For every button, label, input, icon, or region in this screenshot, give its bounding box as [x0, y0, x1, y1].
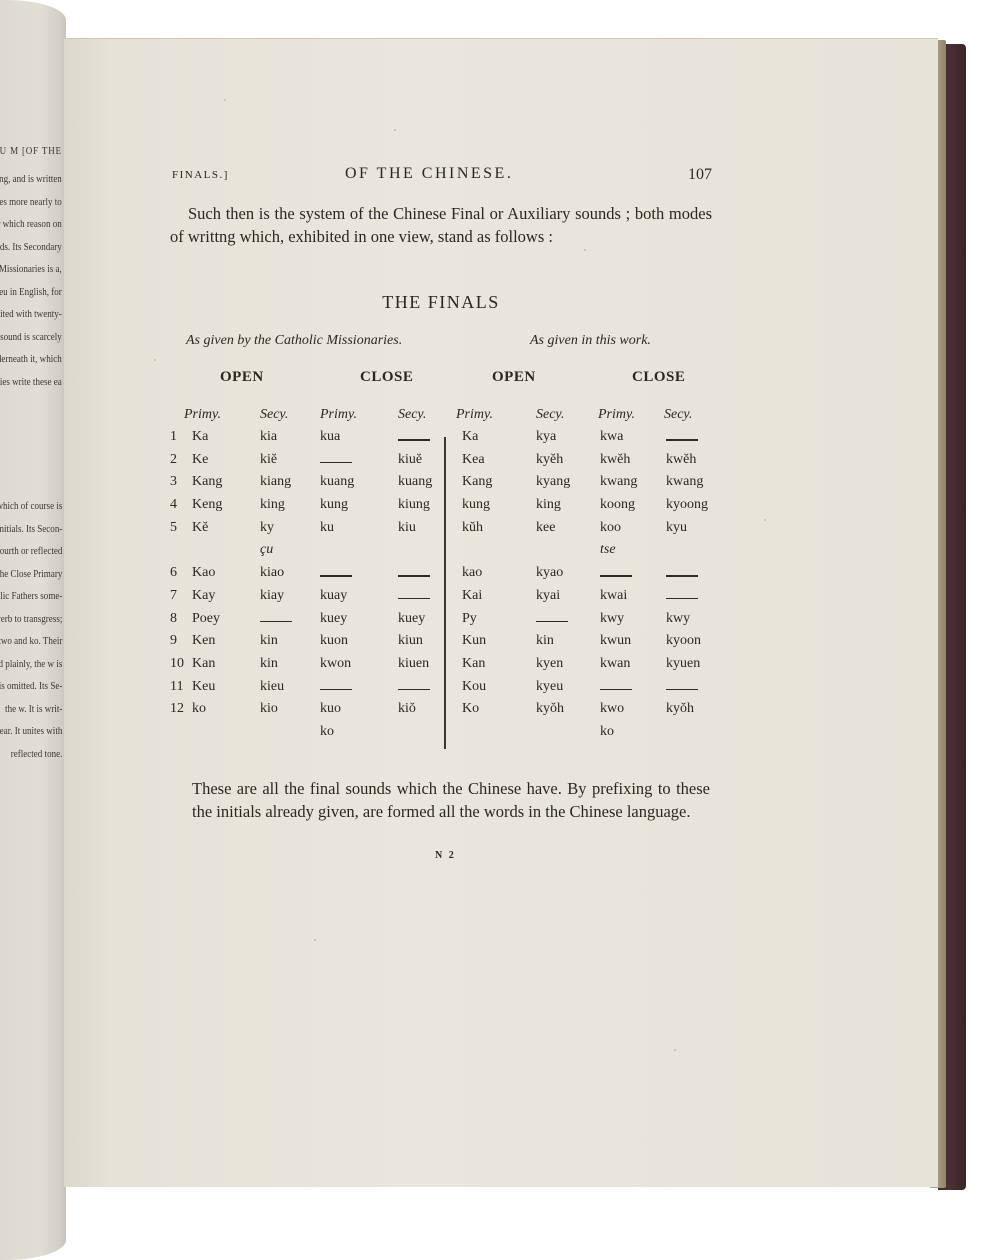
left-page-line: The Close Primary	[0, 563, 62, 586]
empty-dash	[600, 679, 632, 695]
table-cell: tse	[600, 542, 616, 558]
left-page-running-head: U M [OF THE	[0, 140, 62, 163]
left-page-line: ng, and is written	[0, 168, 62, 191]
left-page-line: is omitted. Its Se-	[0, 675, 62, 698]
table-cell: Keng	[192, 497, 222, 513]
dash-rule	[398, 439, 430, 441]
dash-rule	[666, 598, 698, 600]
table-cell: Kay	[192, 588, 215, 604]
dash-rule	[666, 689, 698, 691]
table-cell: kin	[260, 656, 278, 672]
left-page-line: underneath it, which	[0, 348, 62, 371]
table-row: 5Kĕkykukiukŭhkeekookyu	[170, 518, 712, 541]
running-head: FINALS.] OF THE CHINESE. 107	[170, 160, 712, 190]
table-row: 6Kaokiaokaokyao	[170, 563, 712, 586]
dash-rule	[398, 598, 430, 600]
table-row: 3KangkiangkuangkuangKangkyangkwangkwang	[170, 472, 712, 495]
table-cell: Ka	[192, 429, 208, 445]
table-cell: kyoon	[666, 633, 701, 649]
table-cell: kwĕh	[600, 452, 630, 468]
table-cell: kwon	[320, 656, 351, 672]
table-cell: kuon	[320, 633, 348, 649]
table-cell: kao	[462, 565, 482, 581]
table-cell: kwa	[600, 429, 623, 445]
left-page-curled: U M [OF THE ng, and is writtenhes more n…	[0, 0, 66, 1260]
table-cell: kiay	[260, 588, 284, 604]
left-page-line: hes more nearly to	[0, 191, 62, 214]
left-page-line: united with twenty-	[0, 303, 62, 326]
table-cell: kyĕh	[536, 452, 563, 468]
table-cell: kwang	[666, 474, 703, 490]
table-cell: kyŏh	[536, 701, 564, 717]
table-cell: kyao	[536, 565, 563, 581]
column-subheader: Primy.	[320, 407, 357, 423]
table-cell: koo	[600, 520, 621, 536]
running-head-section: FINALS.]	[172, 169, 229, 181]
empty-dash	[320, 452, 352, 468]
left-page-line: fear. It unites with	[0, 720, 62, 743]
dash-rule	[320, 575, 352, 577]
table-cell: ky	[260, 520, 274, 536]
table-cell: Kun	[462, 633, 486, 649]
table-cell: kŭh	[462, 520, 483, 536]
table-subheader-row: Primy.Secy.Primy.Secy.Primy.Secy.Primy.S…	[170, 405, 712, 427]
table-cell: Poey	[192, 611, 220, 627]
table-cell: kwo	[600, 701, 624, 717]
table-cell: kiuĕ	[398, 452, 422, 468]
table-cell: ko	[192, 701, 206, 717]
left-page-line: Initials. Its Secon-	[0, 518, 62, 541]
table-cell: kyen	[536, 656, 563, 672]
group-open-missionaries: OPEN	[220, 369, 264, 386]
table-cell: kwai	[600, 588, 627, 604]
row-number: 5	[170, 520, 177, 536]
finals-table: Primy.Secy.Primy.Secy.Primy.Secy.Primy.S…	[170, 405, 712, 745]
left-page-line: naries write these ea	[0, 371, 62, 394]
left-page-line: nds. Its Secondary	[0, 236, 62, 259]
left-page-line: reflected tone.	[0, 743, 62, 766]
table-cell: Ko	[462, 701, 479, 717]
empty-dash	[398, 588, 430, 604]
dash-rule	[398, 689, 430, 691]
table-cell: Kan	[192, 656, 215, 672]
empty-dash	[666, 588, 698, 604]
table-title: THE FINALS	[170, 292, 712, 313]
table-cell: Kan	[462, 656, 485, 672]
table-vertical-divider	[444, 437, 446, 749]
table-row: 8PoeykueykueyPykwykwy	[170, 609, 712, 632]
table-cell: kyang	[536, 474, 570, 490]
table-cell: kieu	[260, 679, 284, 695]
table-row: koko	[170, 722, 712, 745]
dash-rule	[320, 462, 352, 464]
table-cell: kwĕh	[666, 452, 696, 468]
column-subheader: Secy.	[536, 407, 564, 423]
left-page-text-bottom: o, which of course isInitials. Its Secon…	[0, 495, 62, 765]
dash-rule	[666, 575, 698, 577]
dash-rule	[260, 621, 292, 623]
row-number: 4	[170, 497, 177, 513]
table-row: 7KaykiaykuayKaikyaikwai	[170, 586, 712, 609]
table-cell: kwy	[600, 611, 624, 627]
table-cell: kyŏh	[666, 701, 694, 717]
table-cell: kuo	[320, 701, 341, 717]
source-this-work: As given in this work.	[530, 333, 651, 349]
table-cell: Kao	[192, 565, 215, 581]
left-page-line: fourth or reflected	[0, 540, 62, 563]
column-subheader: Primy.	[184, 407, 221, 423]
table-cell: kung	[462, 497, 490, 513]
table-cell: kin	[260, 633, 278, 649]
table-row: 4Kengkingkungkiungkungkingkoongkyoong	[170, 495, 712, 518]
table-cell: kyuen	[666, 656, 700, 672]
table-cell: Ken	[192, 633, 215, 649]
table-cell: kyeu	[536, 679, 563, 695]
table-cell: Ke	[192, 452, 208, 468]
table-cell: Keu	[192, 679, 215, 695]
table-cell: koong	[600, 497, 635, 513]
row-number: 10	[170, 656, 184, 672]
table-row: 9KenkinkuonkiunKunkinkwunkyoon	[170, 631, 712, 654]
table-cell: ko	[320, 724, 334, 740]
left-page-line: kwo and ko. Their	[0, 630, 62, 653]
empty-dash	[600, 565, 632, 581]
page-number: 107	[688, 166, 712, 184]
table-cell: kiun	[398, 633, 423, 649]
source-catholic-missionaries: As given by the Catholic Missionaries.	[186, 333, 402, 349]
table-cell: Kang	[462, 474, 492, 490]
left-page-line: olic Fathers some-	[0, 585, 62, 608]
table-cell: kuang	[398, 474, 432, 490]
table-cell: king	[536, 497, 561, 513]
left-page-line: verb to transgress;	[0, 608, 62, 631]
empty-dash	[320, 565, 352, 581]
table-cell: kuay	[320, 588, 347, 604]
table-row: çutse	[170, 540, 712, 563]
table-cell: Kou	[462, 679, 486, 695]
table-cell: kin	[536, 633, 554, 649]
column-subheader: Primy.	[456, 407, 493, 423]
table-cell: kiu	[398, 520, 416, 536]
table-cell: kyu	[666, 520, 687, 536]
table-cell: Kai	[462, 588, 482, 604]
table-cell: kung	[320, 497, 348, 513]
empty-dash	[320, 679, 352, 695]
left-page-line: the w. It is writ-	[0, 698, 62, 721]
table-cell: kuang	[320, 474, 354, 490]
empty-dash	[398, 429, 430, 445]
table-cell: kiao	[260, 565, 284, 581]
dash-rule	[666, 439, 698, 441]
column-subheader: Primy.	[598, 407, 635, 423]
intro-paragraph: Such then is the system of the Chinese F…	[170, 202, 712, 248]
group-close-this-work: CLOSE	[632, 369, 685, 386]
row-number: 7	[170, 588, 177, 604]
dash-rule	[536, 621, 568, 623]
table-cell: kyai	[536, 588, 560, 604]
row-number: 3	[170, 474, 177, 490]
empty-dash	[398, 565, 430, 581]
row-number: 8	[170, 611, 177, 627]
table-cell: ku	[320, 520, 334, 536]
table-cell: kiuen	[398, 656, 429, 672]
row-number: 6	[170, 565, 177, 581]
table-cell: Kea	[462, 452, 485, 468]
row-number: 1	[170, 429, 177, 445]
table-cell: kiĕ	[260, 452, 277, 468]
group-close-missionaries: CLOSE	[360, 369, 413, 386]
table-cell: kiŏ	[398, 701, 416, 717]
left-page-line: lic Missionaries is a,	[0, 258, 62, 281]
row-number: 12	[170, 701, 184, 717]
left-page-line: his sound is scarcely	[0, 326, 62, 349]
empty-dash	[666, 565, 698, 581]
column-subheader: Secy.	[398, 407, 426, 423]
left-page-line: rd plainly, the w is	[0, 653, 62, 676]
table-cell: kiung	[398, 497, 430, 513]
table-row: 1KakiakuaKakyakwa	[170, 427, 712, 450]
empty-dash	[260, 611, 292, 627]
table-cell: kio	[260, 701, 278, 717]
closing-paragraph: These are all the final sounds which the…	[192, 777, 710, 823]
row-number: 11	[170, 679, 183, 695]
left-page-line: o, which of course is	[0, 495, 62, 518]
empty-dash	[666, 679, 698, 695]
table-cell: kia	[260, 429, 277, 445]
table-cell: kwan	[600, 656, 630, 672]
row-number: 2	[170, 452, 177, 468]
signature-mark: N 2	[435, 850, 456, 861]
table-row: 12kokiokuokiŏKokyŏhkwokyŏh	[170, 699, 712, 722]
empty-dash	[536, 611, 568, 627]
column-subheader: Secy.	[664, 407, 692, 423]
row-number: 9	[170, 633, 177, 649]
running-head-title: OF THE CHINESE.	[345, 165, 513, 183]
dash-rule	[320, 689, 352, 691]
table-row: 2KekiĕkiuĕKeakyĕhkwĕhkwĕh	[170, 450, 712, 473]
dash-rule	[600, 689, 632, 691]
table-cell: kyoong	[666, 497, 708, 513]
left-page-line: for which reason on	[0, 213, 62, 236]
table-cell: kwang	[600, 474, 637, 490]
page-content: FINALS.] OF THE CHINESE. 107 Such then i…	[170, 160, 712, 745]
table-row: 10KankinkwonkiuenKankyenkwankyuen	[170, 654, 712, 677]
table-cell: kwun	[600, 633, 631, 649]
table-sources: As given by the Catholic Missionaries. A…	[170, 327, 712, 357]
dash-rule	[398, 575, 430, 577]
table-cell: çu	[260, 542, 273, 558]
table-cell: king	[260, 497, 285, 513]
empty-dash	[666, 429, 698, 445]
table-cell: kiang	[260, 474, 291, 490]
table-cell: kwy	[666, 611, 690, 627]
table-cell: Kĕ	[192, 520, 208, 536]
table-cell: kua	[320, 429, 340, 445]
table-cell: Kang	[192, 474, 222, 490]
table-cell: kya	[536, 429, 556, 445]
table-cell: kuey	[398, 611, 425, 627]
table-row: 11KeukieuKoukyeu	[170, 677, 712, 700]
group-open-this-work: OPEN	[492, 369, 536, 386]
column-groups: OPEN CLOSE OPEN CLOSE	[170, 363, 712, 395]
left-page-text-top: ng, and is writtenhes more nearly tofor …	[0, 168, 62, 393]
table-cell: Ka	[462, 429, 478, 445]
left-page-line: f eu in English, for	[0, 281, 62, 304]
table-cell: ko	[600, 724, 614, 740]
column-subheader: Secy.	[260, 407, 288, 423]
empty-dash	[398, 679, 430, 695]
table-cell: kuey	[320, 611, 347, 627]
table-cell: kee	[536, 520, 555, 536]
table-cell: Py	[462, 611, 477, 627]
dash-rule	[600, 575, 632, 577]
